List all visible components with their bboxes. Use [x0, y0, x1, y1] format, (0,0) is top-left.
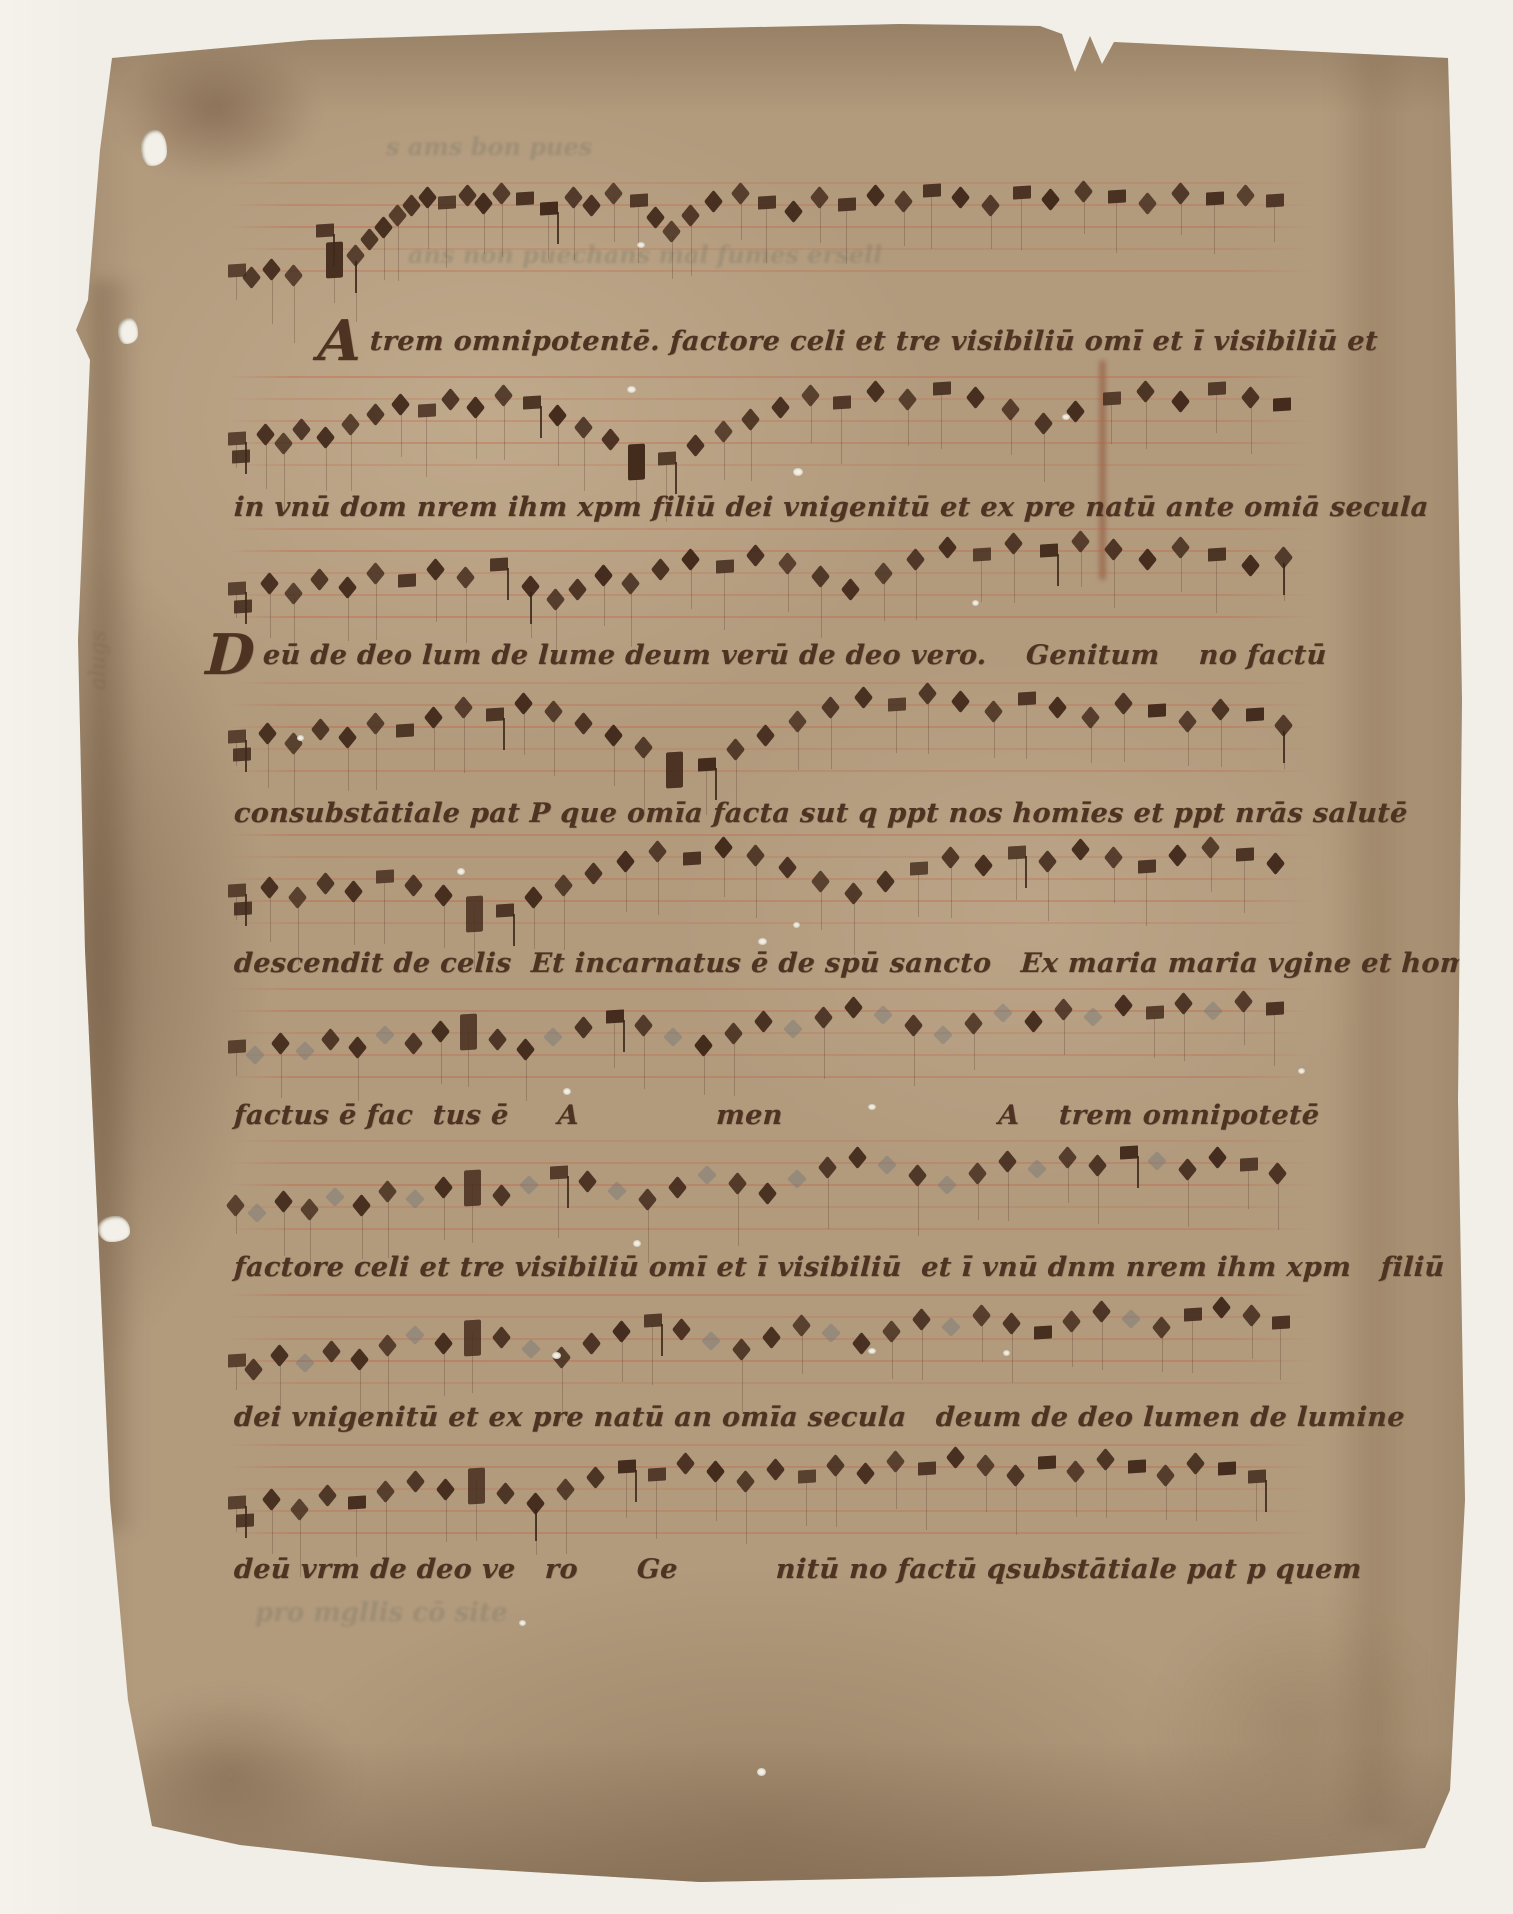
note-hairline	[986, 1470, 987, 1512]
staff-line	[228, 834, 1313, 836]
note-stem	[1283, 563, 1285, 595]
staff	[228, 830, 1313, 940]
notehead	[228, 729, 246, 743]
staff	[228, 178, 1313, 288]
notehead	[630, 193, 648, 207]
note-hairline	[1091, 722, 1092, 763]
note-hairline	[1044, 428, 1045, 482]
notehead	[651, 558, 670, 581]
notehead	[601, 428, 620, 451]
notehead	[1040, 543, 1058, 557]
notehead	[316, 223, 334, 237]
note-hairline	[270, 588, 271, 638]
note-hairline	[1221, 714, 1222, 767]
note-hairline	[846, 210, 847, 264]
notehead	[586, 1466, 605, 1489]
note-hairline	[564, 890, 565, 950]
note-hairline	[716, 1476, 717, 1521]
note-hairline	[384, 882, 385, 944]
note-hairline	[1274, 1014, 1275, 1066]
notehead	[1184, 1307, 1202, 1321]
notehead	[1218, 1461, 1236, 1475]
note-hairline	[472, 1332, 473, 1393]
note-hairline	[1016, 1480, 1017, 1535]
note-hairline	[798, 726, 799, 770]
wormhole	[868, 1104, 876, 1110]
note-hairline	[558, 1178, 559, 1238]
staff-line	[228, 856, 1313, 858]
staff-line	[228, 726, 1313, 728]
staff-line	[228, 1316, 1313, 1318]
lyric-line: Atrem omnipotentē. factore celi et tre v…	[317, 326, 1378, 357]
note-hairline	[631, 588, 632, 647]
notehead	[540, 201, 558, 215]
notehead	[375, 1025, 395, 1045]
note-hairline	[534, 902, 535, 949]
note-hairline	[1072, 1326, 1073, 1367]
notehead	[941, 1317, 961, 1337]
staff-line	[228, 1206, 1313, 1208]
notehead	[1273, 397, 1291, 411]
notehead	[578, 1170, 597, 1193]
note-hairline	[444, 1348, 445, 1396]
note-hairline	[334, 254, 335, 303]
note-hairline	[1192, 1320, 1193, 1373]
note-hairline	[604, 580, 605, 626]
note-hairline	[1166, 1480, 1167, 1520]
note-hairline	[354, 896, 355, 945]
notehead	[1246, 707, 1264, 721]
note-hairline	[1098, 1170, 1099, 1224]
notehead	[778, 856, 797, 879]
note-hairline	[272, 1504, 273, 1554]
staff	[228, 1136, 1313, 1246]
notehead	[1168, 844, 1187, 867]
wormhole	[793, 468, 803, 476]
note-hairline	[1026, 704, 1027, 759]
notehead	[574, 1016, 593, 1039]
notehead	[698, 757, 716, 771]
note-hairline	[1021, 198, 1022, 250]
notehead	[441, 388, 460, 411]
note-hairline	[376, 578, 377, 640]
note-hairline	[1184, 1008, 1185, 1061]
note-stem	[715, 768, 717, 800]
notehead	[1120, 1145, 1138, 1159]
notehead	[844, 996, 863, 1019]
notehead	[519, 1175, 539, 1195]
note-hairline	[916, 564, 917, 620]
note-stem	[557, 212, 559, 244]
note-hairline	[806, 1482, 807, 1526]
notehead	[1048, 696, 1067, 719]
note-hairline	[401, 409, 402, 457]
note-hairline	[444, 900, 445, 948]
note-hairline	[526, 1054, 527, 1101]
note-hairline	[446, 1494, 447, 1542]
note-hairline	[1011, 414, 1012, 455]
note-stem	[535, 1509, 537, 1541]
note-hairline	[1116, 202, 1117, 253]
note-hairline	[444, 1192, 445, 1240]
wormhole	[758, 938, 767, 945]
note-hairline	[820, 202, 821, 243]
note-hairline	[1214, 204, 1215, 254]
lyric-line: factus ē fac tus ē A men A trem omnipote…	[233, 1100, 1320, 1131]
note-hairline	[828, 1172, 829, 1229]
staff	[228, 1290, 1313, 1400]
note-hairline	[376, 728, 377, 790]
notehead	[232, 449, 250, 463]
note-hairline	[802, 1330, 803, 1374]
bottom-left-stain	[100, 1690, 360, 1860]
notehead	[228, 581, 246, 595]
left-edge-stain	[92, 280, 140, 1530]
notehead	[676, 1452, 695, 1475]
notehead	[234, 599, 252, 613]
note-hairline	[1244, 1006, 1245, 1045]
note-hairline	[1181, 198, 1182, 235]
note-hairline	[281, 1048, 282, 1098]
torn-hole	[141, 130, 167, 166]
note-stem	[1137, 1156, 1139, 1188]
note-hairline	[236, 276, 237, 300]
notehead	[644, 1313, 662, 1327]
notehead	[404, 1032, 423, 1055]
note-hairline	[656, 1480, 657, 1539]
notehead	[582, 194, 601, 217]
note-hairline	[756, 860, 757, 918]
notehead	[245, 1045, 265, 1065]
bottom-right-stain	[1150, 1600, 1450, 1860]
note-stem	[675, 462, 677, 494]
note-hairline	[821, 581, 822, 638]
note-hairline	[1064, 1014, 1065, 1055]
note-stem	[623, 1020, 625, 1052]
notehead	[1236, 847, 1254, 861]
notehead	[325, 1187, 345, 1207]
notehead	[658, 451, 676, 465]
note-hairline	[746, 1486, 747, 1544]
notehead	[366, 403, 385, 426]
note-stem	[540, 406, 542, 438]
notehead	[877, 1155, 897, 1175]
note-hairline	[652, 1326, 653, 1385]
staff	[228, 1440, 1313, 1550]
note-hairline	[351, 429, 352, 491]
wormhole	[793, 922, 800, 928]
notehead	[758, 195, 776, 209]
note-hairline	[931, 196, 932, 249]
note-hairline	[704, 1050, 705, 1095]
notehead	[841, 578, 860, 601]
notehead	[1203, 1001, 1223, 1021]
note-hairline	[734, 1038, 735, 1096]
ghost-inscription-margin: alugs	[86, 630, 111, 690]
notehead	[933, 381, 951, 395]
lyric-line: consubstātiale pat P que omīa facta sut …	[233, 798, 1408, 829]
note-hairline	[908, 404, 909, 446]
notehead	[1041, 188, 1060, 211]
wormhole	[627, 386, 636, 393]
notehead	[762, 1326, 781, 1349]
note-hairline	[1154, 1018, 1155, 1058]
note-hairline	[358, 1052, 359, 1101]
note-hairline	[626, 1472, 627, 1518]
notehead	[1138, 859, 1156, 873]
note-hairline	[434, 722, 435, 770]
note-stem	[530, 592, 532, 624]
note-hairline	[466, 582, 467, 643]
notehead	[233, 747, 251, 761]
wormhole	[637, 242, 645, 248]
notehead	[316, 872, 335, 895]
staff	[228, 524, 1313, 634]
note-hairline	[904, 206, 905, 246]
notehead	[521, 1339, 541, 1359]
notehead	[574, 712, 593, 735]
wormhole	[457, 868, 465, 875]
notehead	[492, 1184, 511, 1207]
staff-line	[228, 1140, 1313, 1142]
note-hairline	[884, 578, 885, 621]
notehead	[1108, 189, 1126, 203]
lyric-line: in vnū dom nrem ihm xpm filiū dei vnigen…	[233, 492, 1429, 523]
note-stem	[567, 1176, 569, 1208]
note-hairline	[644, 1030, 645, 1089]
notehead	[966, 386, 985, 409]
note-hairline	[951, 862, 952, 918]
note-hairline	[1274, 206, 1275, 242]
note-stem	[503, 718, 505, 750]
notehead	[938, 536, 957, 559]
note-hairline	[1114, 862, 1115, 903]
notehead	[438, 195, 456, 209]
notehead	[888, 697, 906, 711]
staff-line	[228, 182, 1313, 184]
note-hairline	[476, 1480, 477, 1541]
torn-hole	[118, 318, 138, 344]
notehead	[1208, 547, 1226, 561]
note-hairline	[1068, 1162, 1069, 1203]
notehead	[1147, 1151, 1167, 1171]
note-hairline	[1124, 708, 1125, 762]
note-hairline	[1084, 196, 1085, 234]
note-hairline	[724, 572, 725, 630]
note-hairline	[626, 866, 627, 912]
notehead	[1208, 381, 1226, 395]
note-hairline	[896, 710, 897, 753]
notehead	[910, 861, 928, 875]
notehead	[686, 434, 705, 457]
note-hairline	[1188, 726, 1189, 766]
note-hairline	[614, 198, 615, 242]
note-stem	[661, 1324, 663, 1356]
note-hairline	[504, 400, 505, 460]
note-hairline	[841, 408, 842, 464]
note-hairline	[584, 432, 585, 491]
note-hairline	[691, 220, 692, 276]
note-hairline	[991, 210, 992, 249]
staff-line	[228, 616, 1313, 618]
note-hairline	[1106, 1464, 1107, 1518]
note-hairline	[981, 560, 982, 602]
wormhole	[1298, 1068, 1305, 1074]
note-hairline	[1188, 1174, 1189, 1227]
notehead	[1138, 192, 1157, 215]
notehead	[1148, 703, 1166, 717]
note-hairline	[896, 1466, 897, 1509]
notehead	[754, 1010, 773, 1033]
notehead	[582, 1332, 601, 1355]
staff-line	[228, 594, 1313, 596]
notehead	[486, 707, 504, 721]
notehead	[228, 883, 246, 897]
note-hairline	[348, 742, 349, 791]
note-hairline	[928, 698, 929, 754]
note-hairline	[426, 416, 427, 477]
notehead	[523, 395, 541, 409]
notehead	[1103, 391, 1121, 405]
notehead	[396, 723, 414, 737]
notehead	[933, 1025, 953, 1045]
notehead	[236, 1513, 254, 1527]
note-hairline	[974, 1028, 975, 1070]
parchment-leaf: s ams bon pues ans non puechans mal fume…	[0, 0, 1513, 1914]
staff-line	[228, 900, 1313, 902]
note-hairline	[724, 852, 725, 897]
notehead	[1266, 193, 1284, 207]
note-hairline	[751, 424, 752, 481]
notehead	[418, 403, 436, 417]
note-hairline	[1016, 858, 1017, 900]
staff-line	[228, 1294, 1313, 1296]
note-hairline	[788, 568, 789, 612]
note-hairline	[398, 220, 399, 281]
note-hairline	[446, 208, 447, 268]
note-hairline	[386, 1496, 387, 1558]
staff-line	[228, 442, 1313, 444]
notehead	[993, 1003, 1013, 1023]
note-hairline	[554, 716, 555, 776]
note-hairline	[436, 574, 437, 622]
note-stem	[635, 1470, 637, 1502]
note-hairline	[836, 1470, 837, 1527]
note-hairline	[348, 592, 349, 641]
wormhole	[757, 1768, 766, 1776]
note-hairline	[941, 394, 942, 449]
notehead	[1018, 691, 1036, 705]
staff	[228, 984, 1313, 1094]
note-hairline	[738, 1188, 739, 1246]
note-hairline	[1114, 554, 1115, 608]
note-hairline	[622, 1336, 623, 1382]
notehead	[295, 1041, 315, 1061]
note-hairline	[1008, 1166, 1009, 1221]
note-hairline	[1248, 1170, 1249, 1209]
notehead	[848, 1146, 867, 1169]
note-hairline	[926, 1474, 927, 1530]
note-hairline	[476, 412, 477, 459]
notehead	[951, 690, 970, 713]
notehead	[492, 1326, 511, 1349]
note-hairline	[811, 400, 812, 443]
note-hairline	[741, 198, 742, 240]
top-left-stain	[110, 40, 320, 180]
notehead	[584, 862, 603, 885]
notehead	[543, 1027, 563, 1047]
staff-line	[228, 682, 1313, 684]
notehead	[683, 851, 701, 865]
staff-line	[228, 988, 1313, 990]
note-hairline	[548, 214, 549, 259]
note-hairline	[294, 280, 295, 343]
notehead	[876, 870, 895, 893]
note-hairline	[831, 712, 832, 769]
notehead	[496, 903, 514, 917]
note-hairline	[388, 1196, 389, 1258]
note-hairline	[284, 1206, 285, 1256]
note-hairline	[524, 708, 525, 755]
notehead	[1013, 185, 1031, 199]
notehead	[348, 1495, 366, 1509]
notehead	[405, 1325, 425, 1345]
lyric-line: Deū de deo lum de lume deum verū de deo …	[205, 640, 1327, 671]
decorated-initial: A	[316, 308, 363, 374]
notehead	[663, 1027, 683, 1047]
notehead	[697, 1165, 717, 1185]
notehead	[490, 557, 508, 571]
note-hairline	[614, 740, 615, 786]
notehead	[311, 718, 330, 741]
note-hairline	[1216, 394, 1217, 433]
notehead	[228, 1495, 246, 1509]
note-hairline	[1162, 1332, 1163, 1372]
staff-line	[228, 1444, 1313, 1446]
note-stem	[1283, 731, 1285, 763]
note-hairline	[1146, 872, 1147, 926]
note-hairline	[1252, 1320, 1253, 1359]
notehead	[228, 1039, 246, 1053]
notehead	[568, 578, 587, 601]
note-hairline	[441, 1036, 442, 1084]
lyric-line: descendit de celis Et incarnatus ē de sp…	[233, 948, 1488, 979]
staff-line	[228, 528, 1313, 530]
note-hairline	[1102, 1316, 1103, 1370]
note-hairline	[1014, 548, 1015, 603]
note-hairline	[464, 712, 465, 773]
notehead	[228, 431, 246, 445]
notehead	[398, 573, 416, 587]
notehead	[783, 1019, 803, 1039]
lyric-line: deū vrm de deo ve ro Ge nitū no factū qs…	[233, 1554, 1362, 1585]
wormhole	[563, 1088, 571, 1095]
note-hairline	[356, 1508, 357, 1557]
notehead	[1206, 191, 1224, 205]
notehead	[1266, 1001, 1284, 1015]
note-hairline	[236, 1052, 237, 1076]
notehead	[918, 1461, 936, 1475]
manuscript-photo: s ams bon pues ans non puechans mal fume…	[0, 0, 1513, 1914]
staff-line	[228, 464, 1313, 466]
note-hairline	[236, 1210, 237, 1234]
notehead	[228, 1353, 246, 1367]
note-hairline	[1081, 546, 1082, 587]
staff-line	[228, 1076, 1313, 1078]
note-stem	[507, 568, 509, 600]
note-stem	[1057, 554, 1059, 586]
staff-line	[228, 1360, 1313, 1362]
